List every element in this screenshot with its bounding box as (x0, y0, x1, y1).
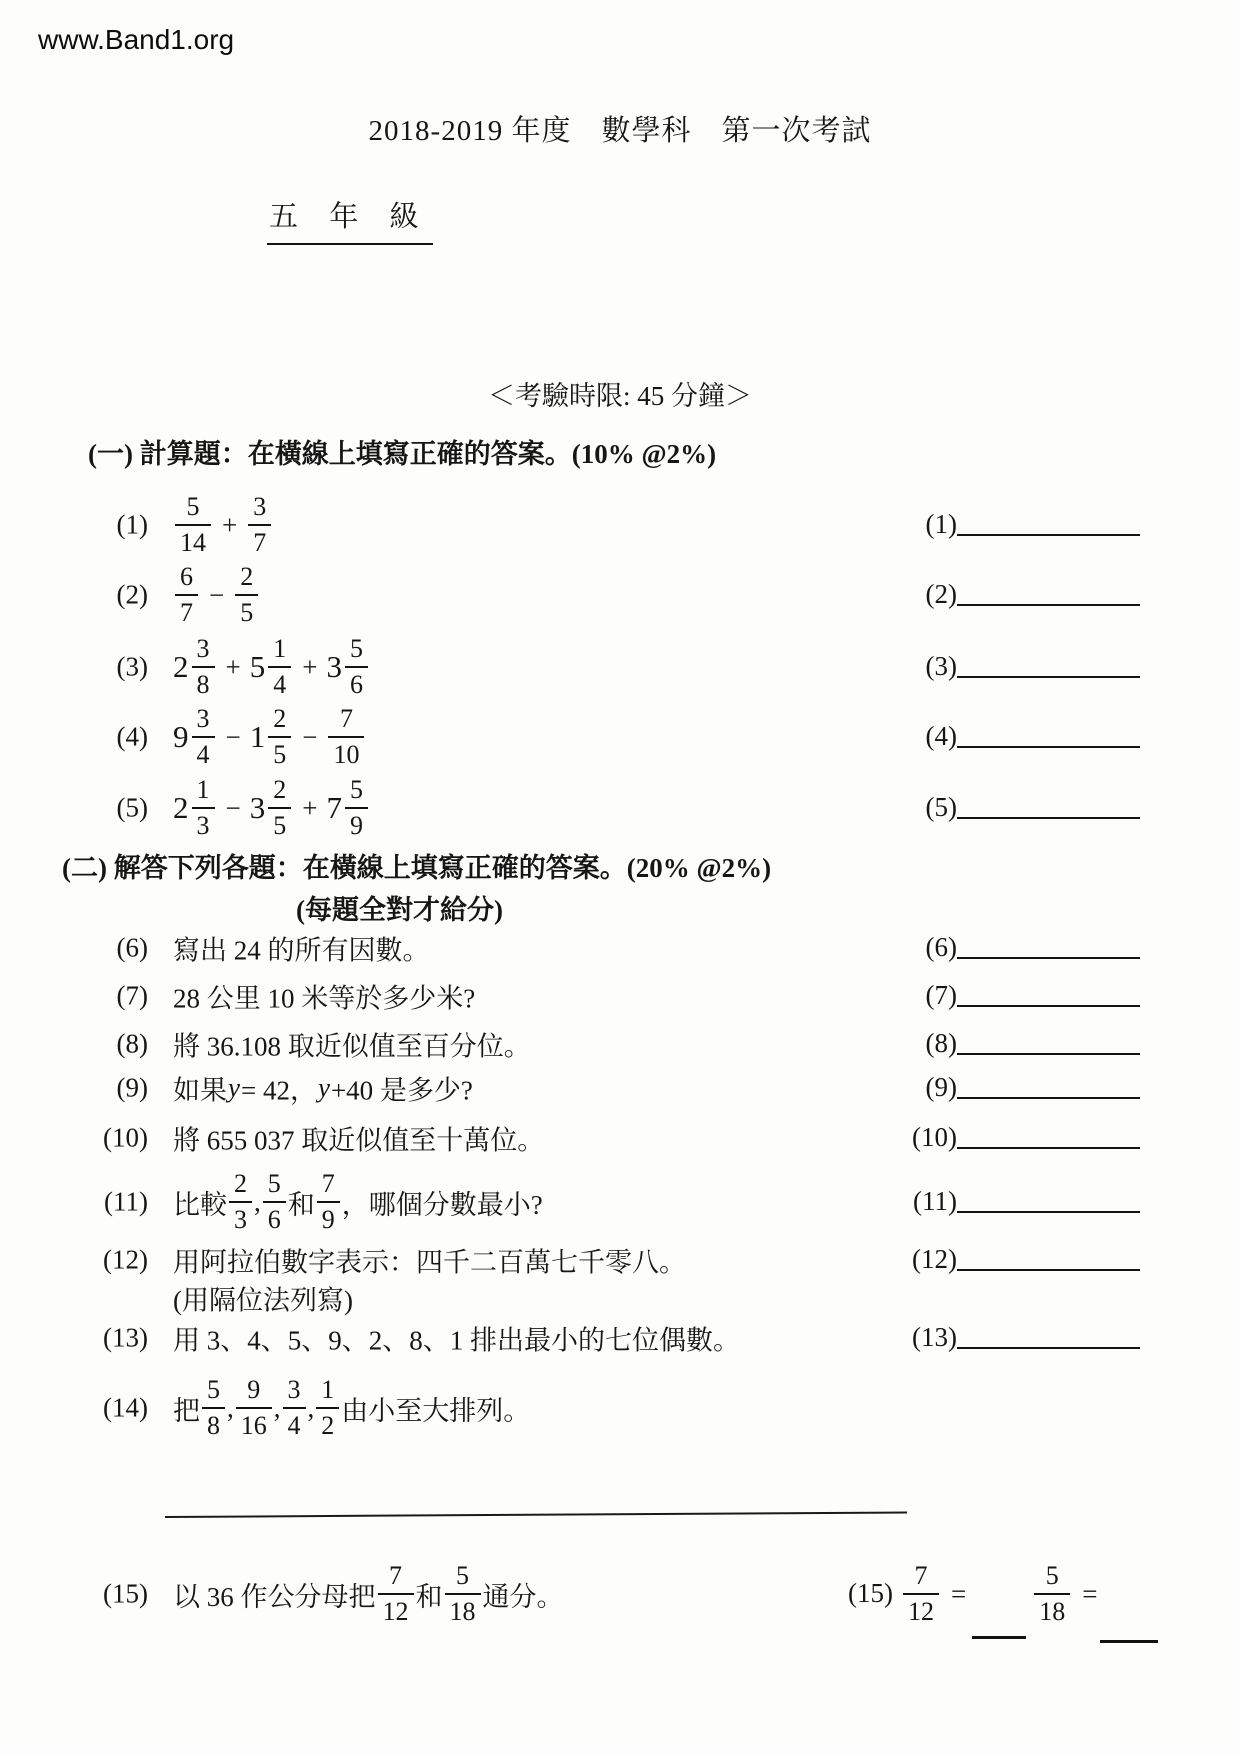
question-text: 比較 (173, 1183, 227, 1222)
question-expression: 238+514+356 (173, 636, 370, 698)
answer-line (957, 999, 1140, 1007)
question-number: (8) (90, 1029, 148, 1060)
answer-label: (15) (848, 1578, 893, 1609)
question-text: ，哪個分數最小? (342, 1183, 543, 1222)
fraction-numerator: 5 (263, 1171, 286, 1201)
fraction: 12 (316, 1377, 339, 1439)
answer-line (957, 1047, 1140, 1055)
whole-number: 2 (173, 790, 189, 826)
watermark-url: www.Band1.org (38, 24, 234, 56)
grade-label: 五 年 級 (267, 194, 433, 245)
mixed-number: 125 (250, 706, 294, 768)
question-expression: 用 3、4、5、9、2、8、1 排出最小的七位偶數。 (173, 1319, 740, 1358)
operator: + (302, 652, 317, 683)
fraction: 710 (328, 706, 364, 768)
answer-label: (9) (895, 1072, 957, 1103)
mixed-number: 514 (250, 636, 294, 698)
fraction-numerator: 2 (235, 564, 258, 594)
fraction: 7 12 (903, 1563, 939, 1625)
question-note-row: (用隔位法列寫) (0, 1280, 1240, 1316)
question-expression: 934−125−710 (173, 706, 366, 768)
question-text: 寫出 24 的所有因數。 (173, 929, 430, 968)
section2-heading: (二) 解答下列各題：在橫線上填寫正確的答案。(20% @2%) (62, 846, 771, 885)
question-expression: 將 36.108 取近似值至百分位。 (173, 1025, 531, 1064)
answer-label: (7) (895, 980, 957, 1011)
answer-row: (9) (895, 1072, 1140, 1103)
answer-row: (8) (895, 1028, 1140, 1059)
answer-line (957, 740, 1140, 748)
fraction: 25 (268, 777, 291, 839)
answer-line (957, 1263, 1140, 1271)
fraction-denominator: 5 (235, 594, 258, 626)
fraction-numerator: 5 (182, 494, 205, 524)
operator: + (226, 652, 241, 683)
whole-number: 5 (250, 649, 266, 685)
fraction-numerator: 5 (1041, 1563, 1064, 1593)
fraction: 34 (283, 1377, 306, 1439)
variable: y (227, 1073, 241, 1104)
fraction-denominator: 6 (345, 666, 368, 698)
fraction: 916 (236, 1377, 272, 1439)
answer-label: (5) (895, 792, 957, 823)
mixed-number: 213 (173, 777, 217, 839)
answer-label: (2) (895, 579, 957, 610)
fraction: 23 (229, 1171, 252, 1233)
fraction-denominator: 12 (378, 1593, 414, 1625)
fraction: 34 (192, 706, 215, 768)
answer-label: (3) (895, 651, 957, 682)
fraction: 79 (317, 1171, 340, 1233)
fraction-numerator: 1 (268, 636, 291, 666)
equals-sign: = (951, 1579, 966, 1610)
question-row: (14)把 58, 916, 34, 12由小至大排列。 (0, 1370, 1240, 1446)
answer-row: (7) (895, 980, 1140, 1011)
fraction: 59 (345, 777, 368, 839)
exam-page: www.Band1.org 2018-2019 年度 數學科 第一次考試 五 年… (0, 0, 1240, 1754)
operator: − (302, 722, 317, 753)
fraction-denominator: 14 (175, 524, 211, 556)
fraction: 38 (192, 636, 215, 698)
question-number: (5) (90, 793, 148, 824)
fraction-numerator: 5 (345, 636, 368, 666)
fraction: 56 (263, 1171, 286, 1233)
section1-heading: (一) 計算題：在橫線上填寫正確的答案。(10% @2%) (88, 432, 716, 471)
answer-row: (6) (895, 932, 1140, 963)
mixed-number: 238 (173, 636, 217, 698)
operator: + (222, 510, 237, 541)
operator: − (209, 580, 224, 611)
fraction: 25 (268, 706, 291, 768)
answer-label: (1) (895, 509, 957, 540)
fraction: 712 (378, 1563, 414, 1625)
fraction: 67 (175, 564, 198, 626)
question-text: 將 655 037 取近似值至十萬位。 (173, 1119, 544, 1158)
question-number: (11) (90, 1187, 148, 1218)
fraction-numerator: 7 (384, 1563, 407, 1593)
answer-row: (1) (895, 509, 1140, 540)
answer-row: (5) (895, 792, 1140, 823)
answer-line (957, 1091, 1140, 1099)
question-text: 和 (288, 1183, 315, 1222)
answer-row: (12) (895, 1244, 1140, 1275)
question-expression: 213−325+759 (173, 777, 370, 839)
fraction: 56 (345, 636, 368, 698)
question-text: 通分。 (483, 1575, 564, 1614)
fraction-numerator: 2 (268, 777, 291, 807)
answer-line (957, 528, 1140, 536)
answer-label: (8) (895, 1028, 957, 1059)
fraction-denominator: 4 (192, 736, 215, 768)
fraction-numerator: 9 (242, 1377, 265, 1407)
exam-title: 2018-2019 年度 數學科 第一次考試 (0, 108, 1240, 149)
question-text: = 42， (241, 1069, 317, 1108)
answer-line (957, 670, 1140, 678)
fraction-numerator: 1 (192, 777, 215, 807)
question-text: , (254, 1187, 261, 1218)
question-number: (13) (90, 1323, 148, 1354)
fraction-denominator: 9 (345, 807, 368, 839)
question-number: (4) (90, 722, 148, 753)
fraction-numerator: 7 (335, 706, 358, 736)
question-expression: 28 公里 10 米等於多少米? (173, 977, 475, 1016)
fraction-numerator: 5 (451, 1563, 474, 1593)
fraction-denominator: 18 (1034, 1593, 1070, 1625)
question-expression: 比較 23, 56 和 79，哪個分數最小? (173, 1171, 543, 1233)
mixed-number: 934 (173, 706, 217, 768)
answer-row-15: (15) 7 12 = 5 18 = (848, 1556, 1107, 1632)
answer-row: (10) (895, 1122, 1140, 1153)
question-text: 以 36 作公分母把 (173, 1575, 376, 1614)
fraction-denominator: 5 (268, 807, 291, 839)
answer-blank-15b (1100, 1638, 1158, 1643)
question-expression: 把 58, 916, 34, 12由小至大排列。 (173, 1377, 530, 1439)
question-expression: 將 655 037 取近似值至十萬位。 (173, 1119, 544, 1158)
time-limit: ＜考驗時限: 45 分鐘＞ (0, 374, 1240, 413)
fraction-numerator: 1 (316, 1377, 339, 1407)
question-number: (14) (90, 1393, 148, 1424)
question-text: 用 3、4、5、9、2、8、1 排出最小的七位偶數。 (173, 1319, 740, 1358)
mixed-number: 759 (326, 777, 370, 839)
fraction: 14 (268, 636, 291, 698)
mixed-number: 325 (250, 777, 294, 839)
fraction-numerator: 3 (192, 636, 215, 666)
mixed-number: 356 (326, 636, 370, 698)
equals-sign: = (1082, 1579, 1097, 1610)
question-text: 28 公里 10 米等於多少米? (173, 977, 475, 1016)
fraction-denominator: 12 (903, 1593, 939, 1625)
question-number: (7) (90, 981, 148, 1012)
operator: − (226, 793, 241, 824)
fraction-numerator: 3 (192, 706, 215, 736)
question-number: (6) (90, 933, 148, 964)
question-expression: 514+37 (173, 494, 273, 556)
answer-line (957, 1141, 1140, 1149)
answer-row: (4) (895, 721, 1140, 752)
fraction-denominator: 3 (229, 1201, 252, 1233)
question-number: (10) (90, 1123, 148, 1154)
question-number: (2) (90, 580, 148, 611)
answer-row: (2) (895, 579, 1140, 610)
answer-line-q14 (165, 1511, 907, 1518)
fraction: 518 (445, 1563, 481, 1625)
fraction-numerator: 7 (909, 1563, 932, 1593)
question-text: , (274, 1393, 281, 1424)
question-text: 將 36.108 取近似值至百分位。 (173, 1025, 531, 1064)
question-text: , (227, 1393, 234, 1424)
whole-number: 7 (326, 790, 342, 826)
fraction-denominator: 8 (202, 1407, 225, 1439)
answer-row: (3) (895, 651, 1140, 682)
fraction-denominator: 6 (263, 1201, 286, 1233)
whole-number: 2 (173, 649, 189, 685)
fraction-numerator: 6 (175, 564, 198, 594)
question-text: 用阿拉伯數字表示：四千二百萬七千零八。 (173, 1241, 686, 1280)
question-number: (9) (90, 1073, 148, 1104)
answer-row: (11) (895, 1186, 1140, 1217)
fraction-denominator: 18 (445, 1593, 481, 1625)
answer-line (957, 598, 1140, 606)
fraction: 25 (235, 564, 258, 626)
whole-number: 3 (250, 790, 266, 826)
fraction-denominator: 4 (283, 1407, 306, 1439)
question-text: 由小至大排列。 (341, 1389, 530, 1428)
fraction-denominator: 4 (268, 666, 291, 698)
question-text: +40 是多少? (331, 1069, 473, 1108)
fraction-denominator: 7 (248, 524, 271, 556)
answer-line (957, 951, 1140, 959)
answer-blank-15a (972, 1634, 1026, 1639)
fraction: 5 18 (1034, 1563, 1070, 1625)
fraction-denominator: 7 (175, 594, 198, 626)
fraction: 514 (175, 494, 211, 556)
fraction-numerator: 3 (248, 494, 271, 524)
fraction-denominator: 3 (192, 807, 215, 839)
fraction-denominator: 16 (236, 1407, 272, 1439)
question-text: 和 (416, 1575, 443, 1614)
question-text: , (308, 1393, 315, 1424)
fraction-numerator: 2 (229, 1171, 252, 1201)
fraction-numerator: 3 (283, 1377, 306, 1407)
fraction-denominator: 8 (192, 666, 215, 698)
answer-line (957, 1205, 1140, 1213)
operator: + (302, 793, 317, 824)
question-text: 如果 (173, 1069, 227, 1108)
answer-line (957, 811, 1140, 819)
fraction-denominator: 10 (328, 736, 364, 768)
question-expression: 用阿拉伯數字表示：四千二百萬七千零八。 (173, 1241, 686, 1280)
fraction: 13 (192, 777, 215, 839)
question-expression: 寫出 24 的所有因數。 (173, 929, 430, 968)
operator: − (226, 722, 241, 753)
whole-number: 1 (250, 719, 266, 755)
whole-number: 3 (326, 649, 342, 685)
question-expression: 以 36 作公分母把 712 和 518通分。 (173, 1563, 564, 1625)
fraction-denominator: 5 (268, 736, 291, 768)
answer-label: (4) (895, 721, 957, 752)
fraction: 58 (202, 1377, 225, 1439)
answer-label: (13) (895, 1322, 957, 1353)
question-text: 把 (173, 1389, 200, 1428)
fraction-numerator: 7 (317, 1171, 340, 1201)
fraction-denominator: 2 (316, 1407, 339, 1439)
question-number: (1) (90, 510, 148, 541)
answer-label: (6) (895, 932, 957, 963)
question-number: (12) (90, 1245, 148, 1276)
answer-label: (12) (895, 1244, 957, 1275)
answer-label: (11) (895, 1186, 957, 1217)
fraction-numerator: 5 (345, 777, 368, 807)
question-note: (用隔位法列寫) (173, 1279, 353, 1318)
fraction-denominator: 9 (317, 1201, 340, 1233)
question-number: (3) (90, 652, 148, 683)
variable: y (317, 1073, 331, 1104)
answer-row: (13) (895, 1322, 1140, 1353)
answer-label: (10) (895, 1122, 957, 1153)
fraction-numerator: 2 (268, 706, 291, 736)
section2-subheading: (每題全對才給分) (296, 888, 503, 927)
answer-line (957, 1341, 1140, 1349)
whole-number: 9 (173, 719, 189, 755)
question-expression: 如果 y = 42，y +40 是多少? (173, 1069, 473, 1108)
fraction-numerator: 5 (202, 1377, 225, 1407)
question-expression: 67−25 (173, 564, 260, 626)
question-number: (15) (90, 1579, 148, 1610)
fraction: 37 (248, 494, 271, 556)
